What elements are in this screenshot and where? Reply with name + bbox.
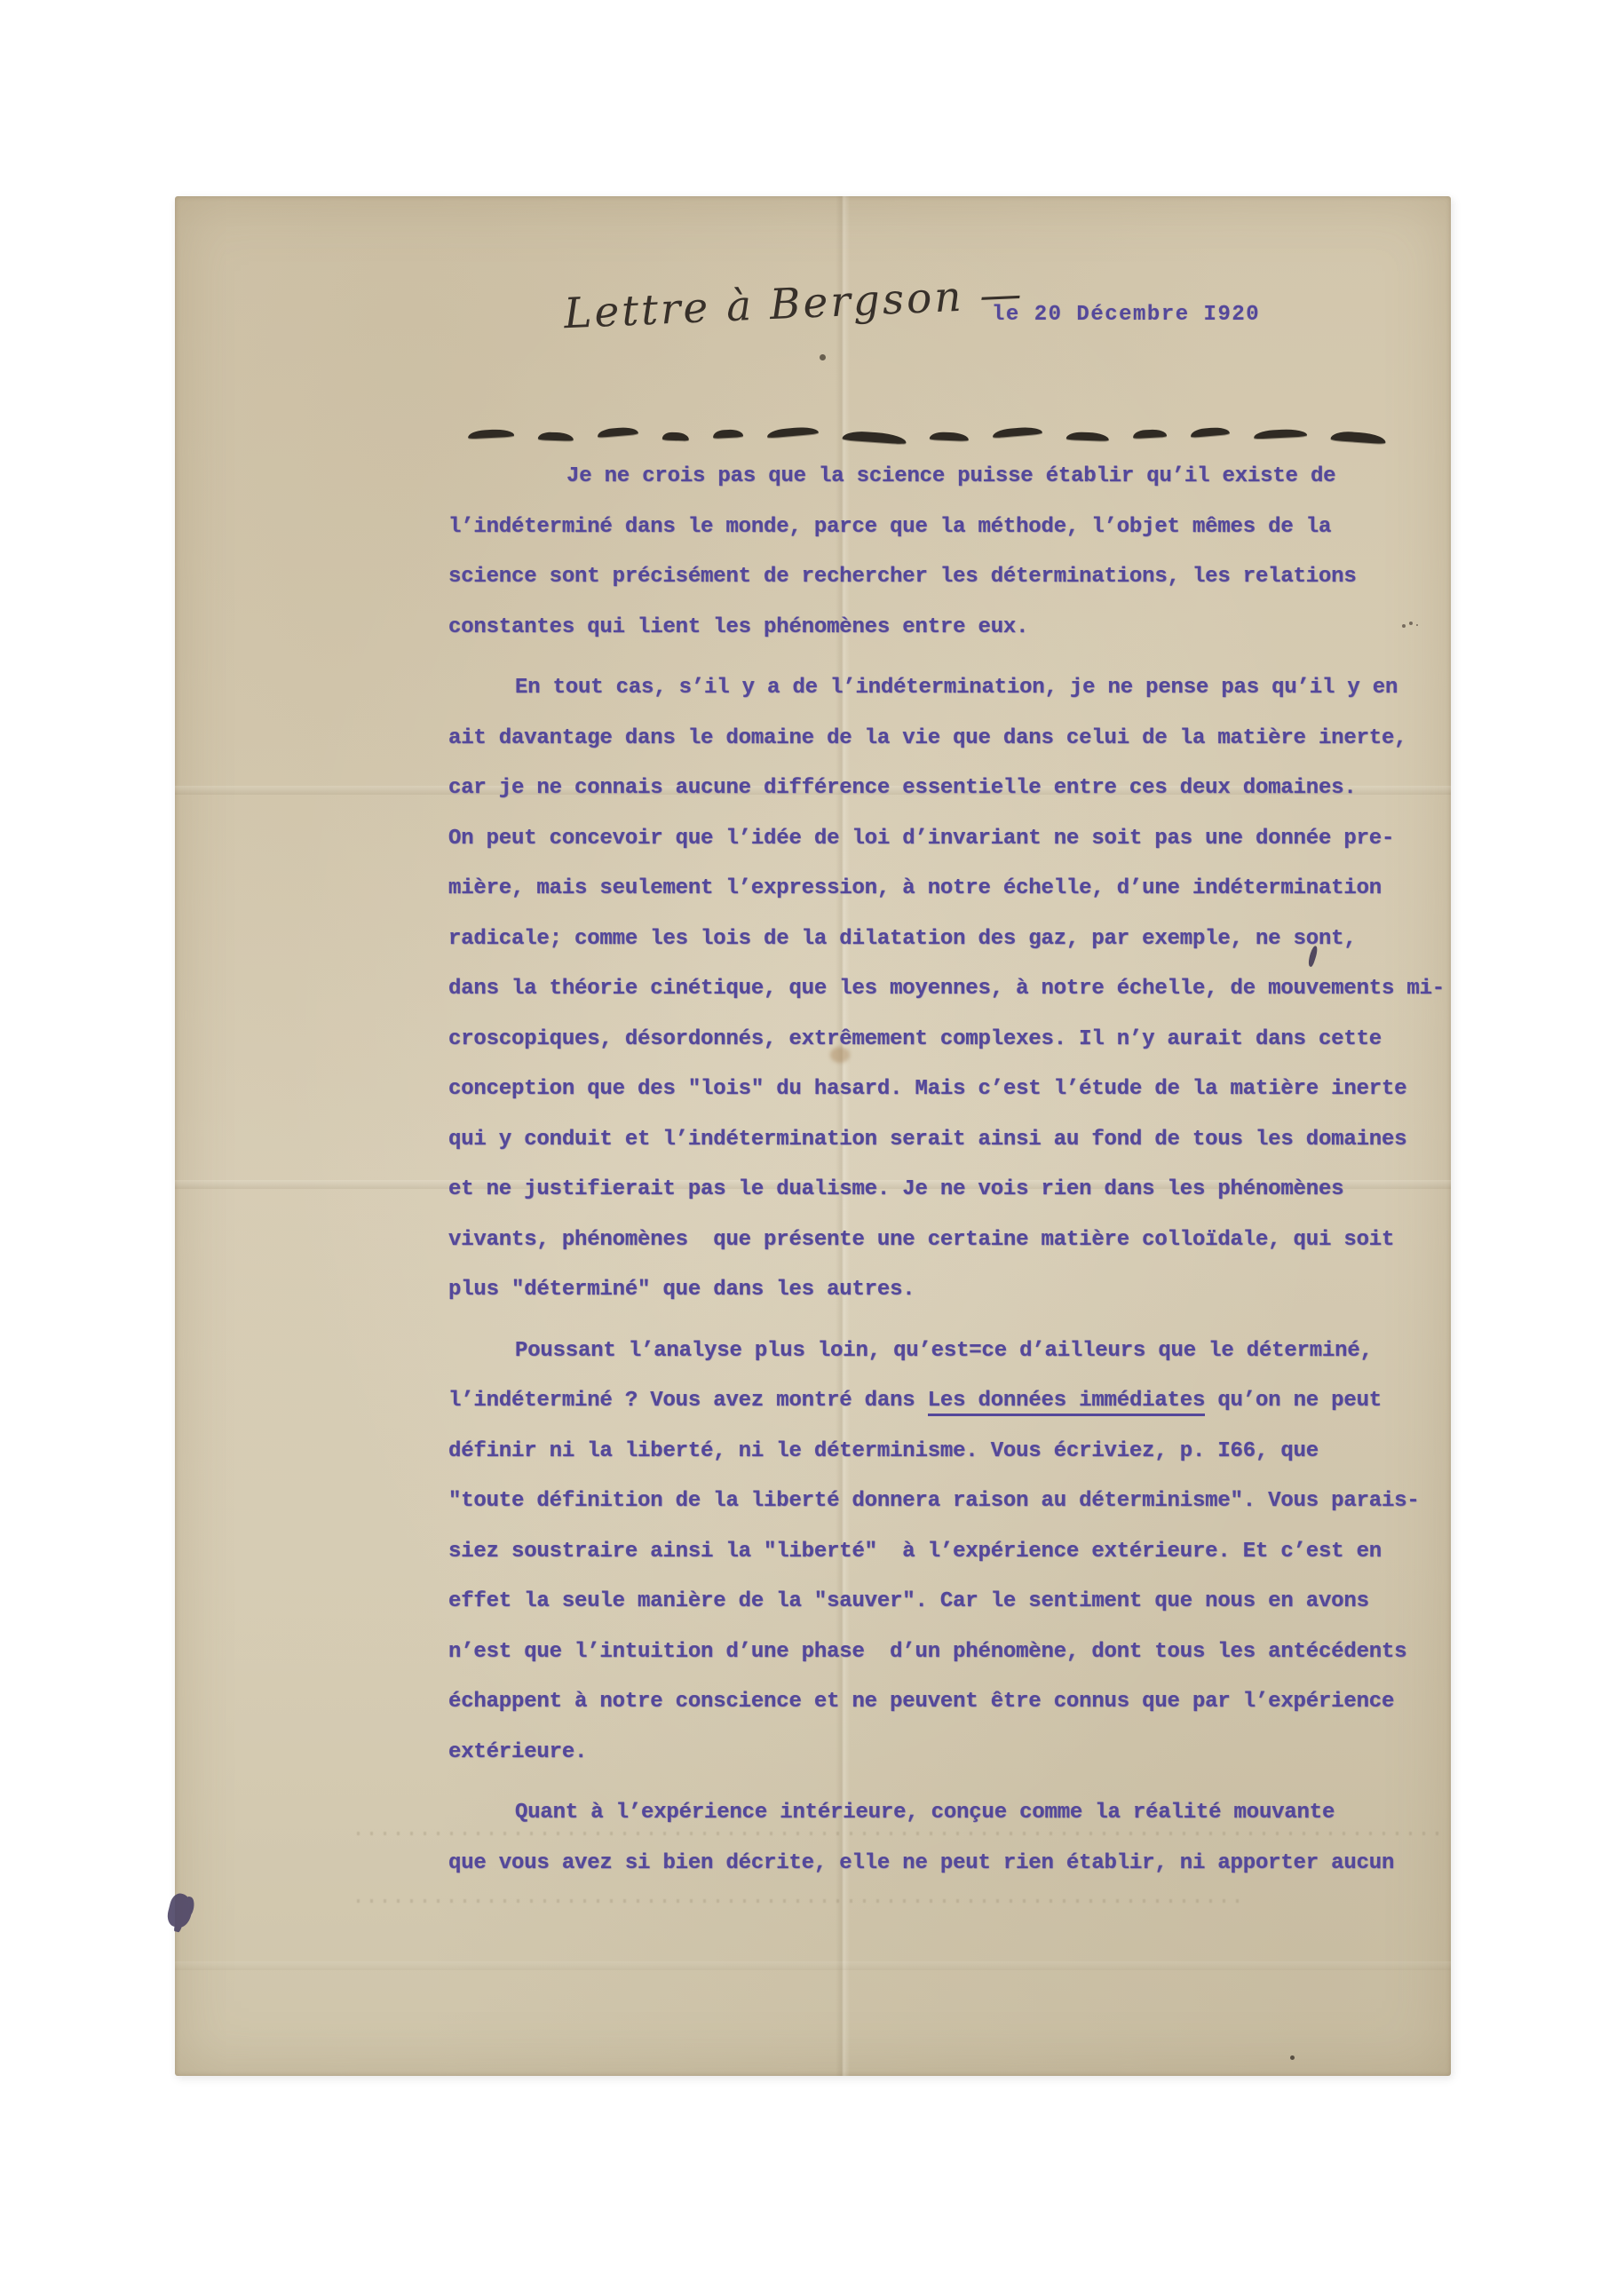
typed-line: l’indéterminé ? Vous avez montré dans Le… (448, 1376, 1465, 1427)
typed-line: Quant à l’expérience intérieure, conçue … (448, 1788, 1465, 1839)
typed-text: échappent à notre conscience et ne peuve… (448, 1690, 1394, 1714)
typed-text: Je ne crois pas que la science puisse ét… (566, 464, 1335, 488)
hand-drawn-dash-separator (468, 424, 1386, 445)
handwritten-annotation: Lettre à Bergson — (563, 270, 1025, 339)
dash-stroke (712, 429, 742, 439)
typed-line: l’indéterminé dans le monde, parce que l… (448, 503, 1465, 553)
typed-line: échappent à notre conscience et ne peuve… (448, 1677, 1465, 1728)
typed-line: Je ne crois pas que la science puisse ét… (448, 452, 1465, 503)
dash-stroke (766, 425, 819, 438)
typed-text: "toute définition de la liberté donnera … (448, 1489, 1420, 1513)
dash-stroke (1191, 426, 1231, 438)
typed-text: constantes qui lient les phénomènes entr… (448, 615, 1028, 639)
dash-stroke (597, 426, 638, 438)
pen-flick-mark (1402, 624, 1406, 628)
typed-text: vivants, phénomènes que présente une cer… (448, 1228, 1394, 1252)
typed-text: n’est que l’intuition d’une phase d’un p… (448, 1640, 1406, 1664)
ink-speck (820, 354, 826, 360)
dash-stroke (1254, 428, 1307, 439)
scanned-letter-page: { "colors": { "background": "#ffffff", "… (0, 0, 1624, 2273)
typed-text: siez soustraire ainsi la "liberté" à l’e… (448, 1540, 1382, 1564)
ink-blot (165, 1891, 195, 1929)
dash-stroke (1066, 432, 1109, 441)
typed-text: science sont précisément de rechercher l… (448, 565, 1357, 589)
dash-stroke (468, 428, 514, 439)
dash-stroke (993, 425, 1043, 438)
typed-line: siez soustraire ainsi la "liberté" à l’e… (448, 1527, 1465, 1578)
typed-line: "toute définition de la liberté donnera … (448, 1477, 1465, 1527)
typed-line: et ne justifierait pas le dualisme. Je n… (448, 1165, 1465, 1216)
typed-line: constantes qui lient les phénomènes entr… (448, 603, 1465, 653)
typed-text: que vous avez si bien décrite, elle ne p… (448, 1851, 1394, 1875)
typed-line: car je ne connais aucune différence esse… (448, 764, 1465, 814)
typed-line: définir ni la liberté, ni le déterminism… (448, 1427, 1465, 1477)
typed-line: science sont précisément de rechercher l… (448, 552, 1465, 603)
typed-line: n’est que l’intuition d’une phase d’un p… (448, 1628, 1465, 1678)
typed-text: plus "déterminé" que dans les autres. (448, 1278, 915, 1302)
typed-line: En tout cas, s’il y a de l’indéterminati… (448, 663, 1465, 714)
letter-body: Je ne crois pas que la science puisse ét… (448, 452, 1465, 1889)
typed-line: Poussant l’analyse plus loin, qu’est=ce … (448, 1327, 1465, 1377)
dash-stroke (1330, 430, 1386, 443)
paragraph: Quant à l’expérience intérieure, conçue … (448, 1788, 1465, 1889)
typed-text: Poussant l’analyse plus loin, qu’est=ce … (515, 1339, 1373, 1363)
typed-line: vivants, phénomènes que présente une cer… (448, 1216, 1465, 1266)
ink-speck (1290, 2055, 1295, 2060)
dash-stroke (662, 432, 689, 440)
typed-text: ait davantage dans le domaine de la vie … (448, 726, 1406, 750)
typed-line: dans la théorie cinétique, que les moyen… (448, 964, 1465, 1015)
typed-text: qui y conduit et l’indétermination serai… (448, 1128, 1406, 1152)
typed-text: extérieure. (448, 1740, 587, 1764)
paragraph: Poussant l’analyse plus loin, qu’est=ce … (448, 1327, 1465, 1778)
underlined-book-title: Les données immédiates (928, 1389, 1205, 1416)
typed-text: conception que des "lois" du hasard. Mai… (448, 1077, 1406, 1101)
dash-stroke (930, 432, 969, 441)
typed-text: mière, mais seulement l’expression, à no… (448, 876, 1382, 900)
typed-line: croscopiques, désordonnés, extrêmement c… (448, 1015, 1465, 1065)
typed-text: dans la théorie cinétique, que les moyen… (448, 977, 1445, 1001)
typed-line: qui y conduit et l’indétermination serai… (448, 1115, 1465, 1166)
ghost-typing-impression (357, 1899, 1245, 1903)
letter-paper: Lettre à Bergson — le 20 Décembre I920 J… (175, 196, 1451, 2076)
typed-text: l’indéterminé dans le monde, parce que l… (448, 515, 1331, 539)
typed-text: définir ni la liberté, ni le déterminism… (448, 1439, 1319, 1463)
typed-text: On peut concevoir que l’idée de loi d’in… (448, 827, 1394, 851)
typed-text: qu’on ne peut (1205, 1389, 1382, 1413)
typed-line: ait davantage dans le domaine de la vie … (448, 714, 1465, 764)
typed-line: plus "déterminé" que dans les autres. (448, 1265, 1465, 1316)
typed-text: effet la seule manière de la "sauver". C… (448, 1589, 1369, 1613)
typed-line: que vous avez si bien décrite, elle ne p… (448, 1839, 1465, 1889)
paragraph: En tout cas, s’il y a de l’indéterminati… (448, 663, 1465, 1316)
typed-line: mière, mais seulement l’expression, à no… (448, 864, 1465, 915)
horizontal-fold-crease (175, 1961, 1451, 1970)
typed-text: En tout cas, s’il y a de l’indéterminati… (515, 676, 1398, 700)
typed-text: Quant à l’expérience intérieure, conçue … (515, 1801, 1335, 1825)
dash-stroke (538, 432, 574, 440)
typed-line: effet la seule manière de la "sauver". C… (448, 1577, 1465, 1628)
typed-text: et ne justifierait pas le dualisme. Je n… (448, 1177, 1343, 1201)
paragraph: Je ne crois pas que la science puisse ét… (448, 452, 1465, 653)
typed-text: car je ne connais aucune différence esse… (448, 776, 1357, 800)
typed-line: conception que des "lois" du hasard. Mai… (448, 1065, 1465, 1115)
typed-line: extérieure. (448, 1728, 1465, 1778)
typed-text: l’indéterminé ? Vous avez montré dans (448, 1389, 928, 1413)
typed-text: croscopiques, désordonnés, extrêmement c… (448, 1027, 1382, 1051)
typed-text: radicale; comme les lois de la dilatatio… (448, 927, 1357, 951)
dash-stroke (842, 430, 907, 444)
letter-date: le 20 Décembre I920 (992, 303, 1260, 327)
dash-stroke (1133, 429, 1167, 439)
typed-line: On peut concevoir que l’idée de loi d’in… (448, 814, 1465, 865)
